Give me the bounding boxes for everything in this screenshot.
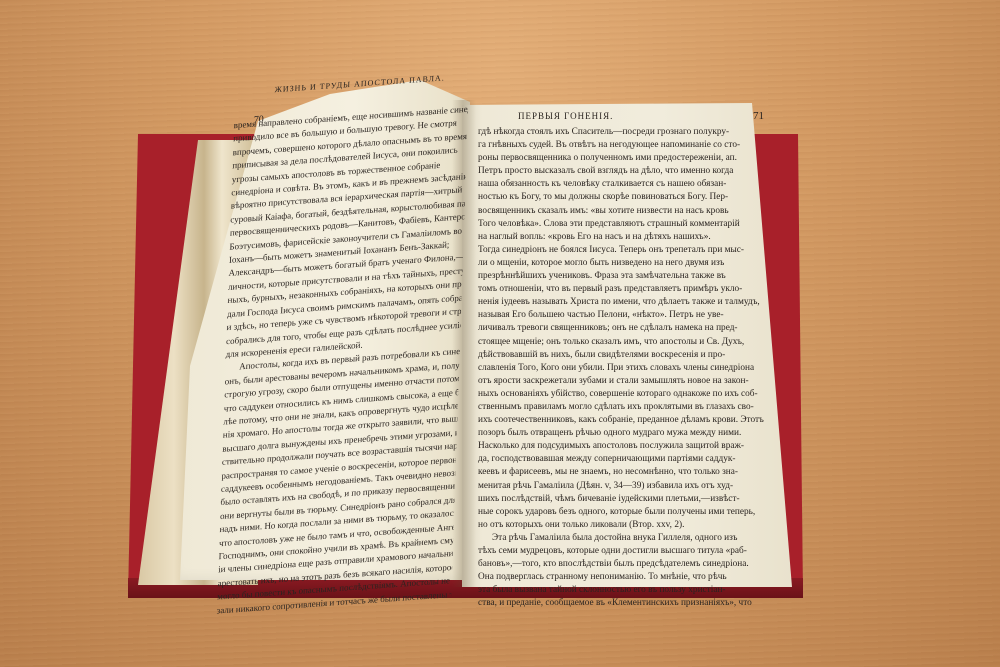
text-line: эта была вызвана тайной склонностью его …	[478, 584, 768, 597]
right-page-body: гдѣ нѣкогда стоялъ ихъ Спаситель—посреди…	[478, 126, 768, 610]
text-line: позоръ былъ отвращенъ рѣчью одного мудра…	[478, 427, 768, 440]
right-page-header-row: ПЕРВЫЯ ГОНЕНIЯ. 71	[478, 110, 768, 122]
text-line: Насколько для подсудимыхъ апостоловъ пос…	[478, 440, 768, 453]
text-line: ныхъ основанiяхъ убiйство, совершенiе ко…	[478, 388, 768, 401]
text-line: роны первосвященника о полученномъ ими п…	[478, 152, 768, 165]
text-line: ностью къ Богу, то мы должны скорѣе пови…	[478, 191, 768, 204]
text-line: Она подверглась странному непониманiю. Т…	[478, 571, 768, 584]
text-line: да, господствовавшая между соперничающим…	[478, 453, 768, 466]
text-line: Того человѣка». Слова эти представляютъ …	[478, 218, 768, 231]
text-line: ственнымъ правиламъ могло сдѣлать ихъ пр…	[478, 401, 768, 414]
right-page-header: ПЕРВЫЯ ГОНЕНIЯ.	[518, 111, 613, 121]
text-line: кеевъ и фарисеевъ, мы не знаемъ, но несо…	[478, 466, 768, 479]
text-line: но отъ которыхъ они только ликовали (Вто…	[478, 519, 768, 532]
left-page-header: ЖИЗНЬ И ТРУДЫ АПОСТОЛА ПАВЛА.	[235, 72, 470, 97]
text-line: ихъ соотечественниковъ, какъ собранiе, п…	[478, 414, 768, 427]
text-line: стоящее мщенiе; онъ только сказалъ имъ, …	[478, 336, 768, 349]
book-photo-scene: ЖИЗНЬ И ТРУДЫ АПОСТОЛА ПАВЛА. 70 время н…	[0, 0, 1000, 667]
text-line: Эта рѣчь Гамалiила была достойна внука Г…	[478, 532, 768, 545]
right-page-text: ПЕРВЫЯ ГОНЕНIЯ. 71 гдѣ нѣкогда стоялъ их…	[478, 110, 768, 610]
text-line: личивалъ тревоги священниковъ; онъ не сд…	[478, 322, 768, 335]
text-line: ства, и преданiе, сообщаемое въ «Клемент…	[478, 597, 768, 610]
text-line: называя Его большею частью Пелони, «нѣкт…	[478, 309, 768, 322]
text-line: шихъ послѣдствiй, чѣмъ бичеванiе iудейск…	[478, 493, 768, 506]
text-line: ные сорокъ ударовъ безъ одного, которые …	[478, 506, 768, 519]
text-line: тѣхъ семи мудрецовъ, которые одни достиг…	[478, 545, 768, 558]
text-line: га гнѣвныхъ судей. Въ отвѣтъ на негодующ…	[478, 139, 768, 152]
text-line: Тогда синедрiонъ не боялся Iисуса. Тепер…	[478, 244, 768, 257]
text-line: славленiя Того, Кого они убили. При этих…	[478, 362, 768, 375]
text-line: Петръ просто высказалъ свой взглядъ на д…	[478, 165, 768, 178]
text-line: восвященникъ сказалъ имъ: «вы хотите низ…	[478, 205, 768, 218]
left-page-number: 70	[254, 114, 264, 126]
text-line: презрѣннѣйшихъ учениковъ. Фраза эта замѣ…	[478, 270, 768, 283]
text-line: гдѣ нѣкогда стоялъ ихъ Спаситель—посреди…	[478, 126, 768, 139]
text-line: бановъ»,—того, кто впослѣдствiи былъ пре…	[478, 558, 768, 571]
text-line: ненiя iудеевъ называть Христа по имени, …	[478, 296, 768, 309]
text-line: наша обязанность къ человѣку сталкиваетс…	[478, 178, 768, 191]
left-page-body: время направлено собранiемъ, еще носивши…	[217, 103, 469, 618]
right-page-number: 71	[753, 110, 764, 122]
text-line: томъ отношенiи, что въ первый разъ предс…	[478, 283, 768, 296]
text-line: менитая рѣчь Гамалiила (Дѣян. v, 34—39) …	[478, 480, 768, 493]
text-line: дѣйствовавшiй въ нихъ, были свидѣтелями …	[478, 349, 768, 362]
left-page-text: ЖИЗНЬ И ТРУДЫ АПОСТОЛА ПАВЛА. 70 время н…	[217, 72, 470, 618]
text-line: ли о мщенiи, которое могло быть низведен…	[478, 257, 768, 270]
text-line: отъ ярости заскрежетали зубами и стали з…	[478, 375, 768, 388]
text-line: на наглый вопль: «кровь Его на насъ и на…	[478, 231, 768, 244]
